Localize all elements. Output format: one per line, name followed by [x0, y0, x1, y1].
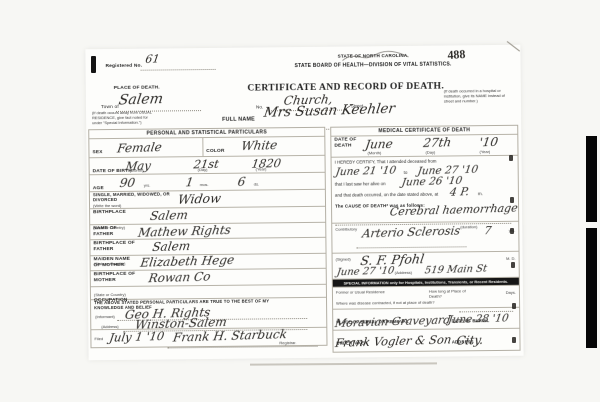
undertaker-value: Frank Vogler & Son	[334, 334, 452, 349]
burial-row: PLACE OF BURIAL OR REMOVAL Moravian Grav…	[333, 308, 519, 331]
contributory-duration-value: 7	[483, 225, 492, 236]
day-sublabel: (Day)	[198, 167, 208, 172]
meridiem-label: m.	[478, 191, 483, 197]
last-saw-label: that I last saw her alive on	[335, 181, 386, 187]
burial-place-field: PLACE OF BURIAL OR REMOVAL Moravian Grav…	[333, 308, 449, 329]
residence-info-block: Former or Usual Residence How long at Pl…	[333, 286, 519, 310]
filed-label: Filed	[94, 336, 103, 341]
burial-place-value: Moravian Graveyard	[334, 314, 451, 329]
scanned-record-view: Registered No. 61 STATE OF NORTH CAROLIN…	[0, 0, 600, 402]
occurred-label: and that death occurred, on the date sta…	[335, 192, 438, 199]
burial-date-value: June 28 '10	[448, 313, 510, 325]
age-years-value: 90	[119, 177, 136, 189]
months-unit: mos.	[200, 182, 209, 187]
month-sublabel: (Month)	[130, 168, 144, 173]
certificate-header: Registered No. 61 STATE OF NORTH CAROLIN…	[85, 45, 521, 130]
age-label: AGE	[93, 186, 104, 191]
mother-name-label: MAIDEN NAME OF MOTHER	[94, 257, 138, 268]
death-time-value: 4 P.	[449, 186, 470, 198]
full-name-value: Mrs Susan Keehler	[263, 103, 396, 121]
informant-address-label: (Address)	[101, 324, 118, 329]
signed-label: (Signed)	[336, 257, 351, 262]
days-label: Days.	[506, 290, 516, 295]
certify-block: I HEREBY CERTIFY, That I attended deceas…	[332, 156, 519, 224]
board-line: STATE BOARD OF HEALTH—DIVISION OF VITAL …	[236, 62, 511, 71]
contributory-field: Contributory Arterio Sclerosis (duration…	[332, 222, 518, 254]
sex-color-row: SEX Female COLOR White	[89, 137, 324, 158]
registrar-label: Registrar.	[279, 340, 296, 345]
informant-label: (Informant)	[95, 314, 115, 319]
color-label: COLOR	[206, 149, 224, 154]
attestation-block: THE ABOVE STATED PERSONAL PARTICULARS AR…	[91, 298, 326, 330]
filed-date-value: July 1 '10	[108, 331, 164, 344]
page-number-stamp: 488	[447, 47, 466, 63]
physician-address-label: (Address)	[395, 270, 412, 275]
filed-row: Filed July 1 '10 Frank H. Starbuck Regis…	[91, 328, 326, 347]
days-unit: ds.	[254, 181, 259, 186]
undertaker-field: UNDERTAKER Frank Vogler & Son	[333, 329, 449, 351]
physician-address-value: 519 Main St	[424, 264, 488, 276]
color-field: COLOR White	[202, 137, 324, 156]
former-residence-label: Former or Usual Residence	[336, 289, 386, 295]
street-no-label: No.	[256, 104, 263, 110]
personal-particulars-column: PERSONAL AND STATISTICAL PARTICULARS SEX…	[88, 127, 327, 348]
how-long-label: How long at Place of Death?	[429, 288, 475, 298]
residence-note: (If death occurs away from USUAL RESIDEN…	[92, 111, 158, 126]
dod-year-value: '10	[478, 136, 498, 149]
registered-no-label: Registered No.	[106, 64, 143, 70]
sex-label: SEX	[92, 150, 102, 155]
death-certificate-page: Registered No. 61 STATE OF NORTH CAROLIN…	[85, 45, 523, 361]
color-value: White	[240, 139, 278, 152]
certificate-form: PERSONAL AND STATISTICAL PARTICULARS SEX…	[88, 125, 520, 355]
year-sublabel: (Year)	[479, 149, 490, 154]
year-sublabel: (Year)	[256, 166, 267, 171]
date-of-death-field: DATE OF DEATH June 27th '10 (Month) (Day…	[331, 135, 517, 158]
dotted-line	[356, 239, 466, 248]
mother-birthplace-label: BIRTHPLACE OF MOTHER	[94, 272, 140, 284]
scan-edge-bar	[586, 228, 597, 348]
page-edge-mark	[511, 262, 515, 268]
burial-date-field: DATE OF BURIAL June 28 '10	[448, 308, 519, 329]
father-birthplace-label: BIRTHPLACE OF FATHER	[93, 241, 139, 253]
md-label: M. D.	[506, 256, 516, 261]
duration-label: (duration)	[460, 224, 477, 229]
attended-from-value: June 21 '10	[335, 165, 397, 177]
medical-certificate-column: MEDICAL CERTIFICATE OF DEATH DATE OF DEA…	[330, 125, 520, 353]
contributory-label: Contributory	[335, 226, 357, 231]
scan-edge-bar	[586, 136, 597, 222]
day-sublabel: (Day)	[425, 150, 435, 155]
dod-month-value: June	[364, 138, 393, 151]
marital-value: Widow	[177, 192, 222, 206]
page-edge-mark	[509, 155, 513, 161]
sex-field: SEX Female	[89, 138, 202, 157]
father-name-value: Mathew Rights	[137, 224, 231, 239]
page-edge-mark	[512, 337, 516, 343]
date-of-death-label: DATE OF DEATH	[334, 137, 364, 148]
physician-signature-block: (Signed) S. F. Pfohl M. D. June 27 '10 (…	[333, 252, 519, 280]
scan-ink-blot	[91, 56, 96, 73]
undertaker-address-field: ADDRESS City.	[449, 329, 520, 351]
next-page-edge-line	[250, 362, 437, 365]
years-unit: yrs.	[144, 183, 151, 188]
birthplace-label: BIRTHPLACE	[93, 208, 322, 216]
month-sublabel: (Month)	[367, 150, 381, 155]
father-name-label: NAME OF FATHER	[93, 226, 127, 237]
where-contracted-label: Where was disease contracted, if not at …	[336, 299, 456, 305]
dod-day-value: 27th	[422, 136, 452, 149]
page-edge-mark	[510, 228, 514, 234]
sex-value: Female	[116, 141, 162, 154]
full-name-label: FULL NAME	[222, 117, 255, 124]
mother-birthplace-value: Rowan Co	[148, 270, 212, 284]
hospital-note: (If death occurred in a hospital or inst…	[444, 89, 508, 104]
contributory-value: Arterio Sclerosis	[361, 225, 461, 240]
to-label: to	[404, 170, 408, 176]
age-days-value: 6	[237, 176, 246, 188]
signed-date-value: June 27 '10	[336, 266, 395, 278]
undertaker-row: UNDERTAKER Frank Vogler & Son ADDRESS Ci…	[333, 329, 519, 352]
page-edge-mark	[510, 197, 514, 203]
mother-name-value: Elizabeth Hege	[140, 254, 235, 269]
birthplace-value: Salem	[149, 209, 189, 222]
page-edge-mark	[512, 303, 516, 309]
dotted-line	[141, 62, 216, 71]
undertaker-address-value: City.	[456, 334, 485, 347]
father-birthplace-value: Salem	[152, 240, 192, 253]
age-months-value: 1	[185, 176, 194, 188]
